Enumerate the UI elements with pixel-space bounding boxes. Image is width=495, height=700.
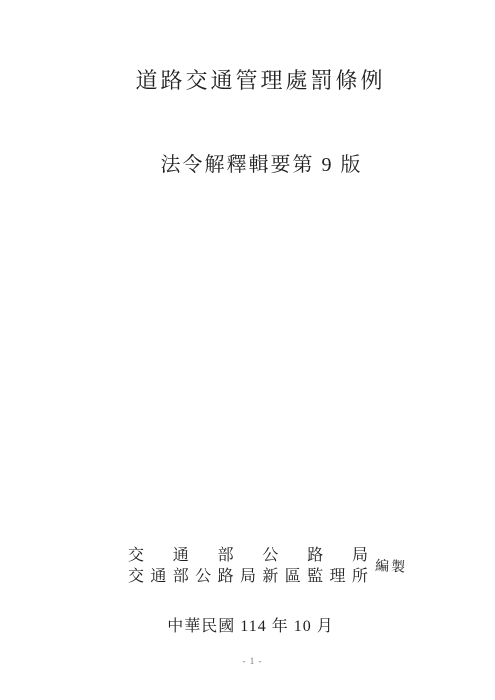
publisher-block: 交通部公路局 交通部公路局新區監理所 編製 [128, 545, 418, 587]
publisher-lines: 交通部公路局 交通部公路局新區監理所 [128, 545, 368, 587]
publisher-line-2: 交通部公路局新區監理所 [128, 566, 368, 587]
document-title: 道路交通管理處罰條例 [0, 67, 495, 95]
publication-date: 中華民國 114 年 10 月 [0, 617, 495, 637]
page-number: - 1 - [0, 655, 495, 667]
publisher-line-1: 交通部公路局 [128, 545, 368, 566]
publisher-suffix-label: 編製 [375, 559, 408, 577]
document-subtitle: 法令解釋輯要第 9 版 [0, 152, 495, 178]
document-cover-page: 道路交通管理處罰條例 法令解釋輯要第 9 版 交通部公路局 交通部公路局新區監理… [0, 0, 495, 700]
